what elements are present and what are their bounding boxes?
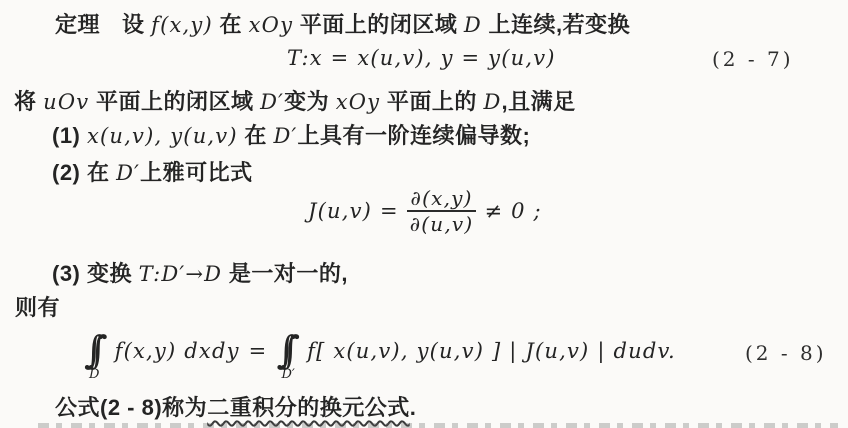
condition-item-1: (1) x(u,v), y(u,v) 在 D′上具有一阶连续偏导数;: [52, 119, 530, 150]
theorem-label: 定理: [55, 12, 100, 37]
equation-2-7: T:x = x(u,v), y = y(u,v): [287, 46, 556, 70]
equation-number-2-8: (2 - 8): [745, 341, 827, 365]
text-segment: 则有: [15, 295, 60, 320]
text-segment: 公式(2 - 8)称为: [55, 395, 207, 420]
conclusion-line: 公式(2 - 8)称为二重积分的换元公式.: [55, 391, 416, 422]
text-segment: 是一对一的,: [222, 261, 348, 286]
double-integral-symbol: ∫∫: [84, 331, 108, 371]
text-segment: 平面上的闭区域: [89, 89, 260, 114]
fraction-numerator: ∂(x,y): [408, 186, 476, 210]
math-expression: D′: [116, 161, 140, 185]
math-expression: D: [483, 90, 501, 114]
math-expression: T:x = x(u,v), y = y(u,v): [287, 46, 556, 70]
text-segment: 设: [122, 12, 151, 37]
math-expression: xOy: [336, 90, 381, 114]
wavy-underlined-term: 二重积分的换元公式: [207, 395, 410, 420]
math-expression: f(x,y) dxdy: [115, 339, 240, 363]
math-expression: D′: [260, 90, 284, 114]
condition-item-3: (3) 变换 T:D′→D 是一对一的,: [52, 257, 348, 288]
condition-item-2: (2) 在 D′上雅可比式: [52, 156, 253, 187]
math-expression: f(x,y): [151, 13, 213, 37]
math-expression: J(u,v) =: [308, 199, 399, 223]
equation-number: (2 - 8): [745, 341, 827, 365]
text-segment: 在: [213, 12, 249, 37]
textbook-page: 定理设 f(x,y) 在 xOy 平面上的闭区域 D 上连续,若变换 T:x =…: [0, 0, 848, 428]
text-segment: 平面上的闭区域: [293, 12, 464, 37]
math-expression: D′: [274, 124, 298, 148]
text-segment: 上具有一阶连续偏导数;: [298, 123, 531, 148]
item-number: (2): [52, 160, 87, 185]
fraction-denominator: ∂(u,v): [407, 212, 477, 236]
math-expression: f[ x(u,v), y(u,v) ] | J(u,v) | dudv.: [307, 339, 676, 363]
text-segment: 在: [238, 123, 274, 148]
integral-subscript-D: D: [89, 367, 99, 382]
integral-subscript-D-prime: D′: [281, 367, 294, 382]
double-integral-over-D-prime: ∫∫ D′: [276, 331, 300, 371]
item-number: (3): [52, 261, 87, 286]
math-expression: xOy: [249, 13, 294, 37]
equation-number: (2 - 7): [712, 47, 794, 71]
item-number: (1): [52, 123, 87, 148]
math-expression: T:D′→D: [139, 262, 223, 286]
then-have-line: 则有: [15, 291, 60, 322]
text-segment: 在: [87, 160, 116, 185]
text-segment: .: [410, 395, 417, 420]
text-segment: ,且满足: [502, 89, 576, 114]
double-integral-symbol: ∫∫: [276, 331, 300, 371]
math-expression: uOv: [43, 90, 89, 114]
math-expression: ≠ 0 ;: [484, 199, 541, 223]
text-segment: 平面上的: [380, 89, 483, 114]
theorem-statement-line: 定理设 f(x,y) 在 xOy 平面上的闭区域 D 上连续,若变换: [55, 8, 630, 39]
equation-2-8: ∫∫ D f(x,y) dxdy = ∫∫ D′ f[ x(u,v), y(u,…: [84, 331, 676, 371]
equation-number-2-7: (2 - 7): [712, 47, 794, 71]
jacobian-equation: J(u,v) = ∂(x,y) ∂(u,v) ≠ 0 ;: [308, 186, 542, 236]
fraction: ∂(x,y) ∂(u,v): [407, 186, 477, 236]
double-integral-over-D: ∫∫ D: [84, 331, 108, 371]
text-segment: 变为: [284, 89, 336, 114]
math-expression: D: [464, 13, 482, 37]
text-segment: 上连续,若变换: [482, 12, 630, 37]
text-segment: 上雅可比式: [140, 160, 253, 185]
text-segment: 变换: [87, 261, 139, 286]
math-expression: x(u,v), y(u,v): [87, 124, 238, 148]
text-segment: 将: [14, 89, 43, 114]
mapping-condition-line: 将 uOv 平面上的闭区域 D′变为 xOy 平面上的 D,且满足: [14, 85, 576, 116]
cropped-next-line: [38, 423, 838, 428]
equals-sign: =: [249, 339, 268, 363]
